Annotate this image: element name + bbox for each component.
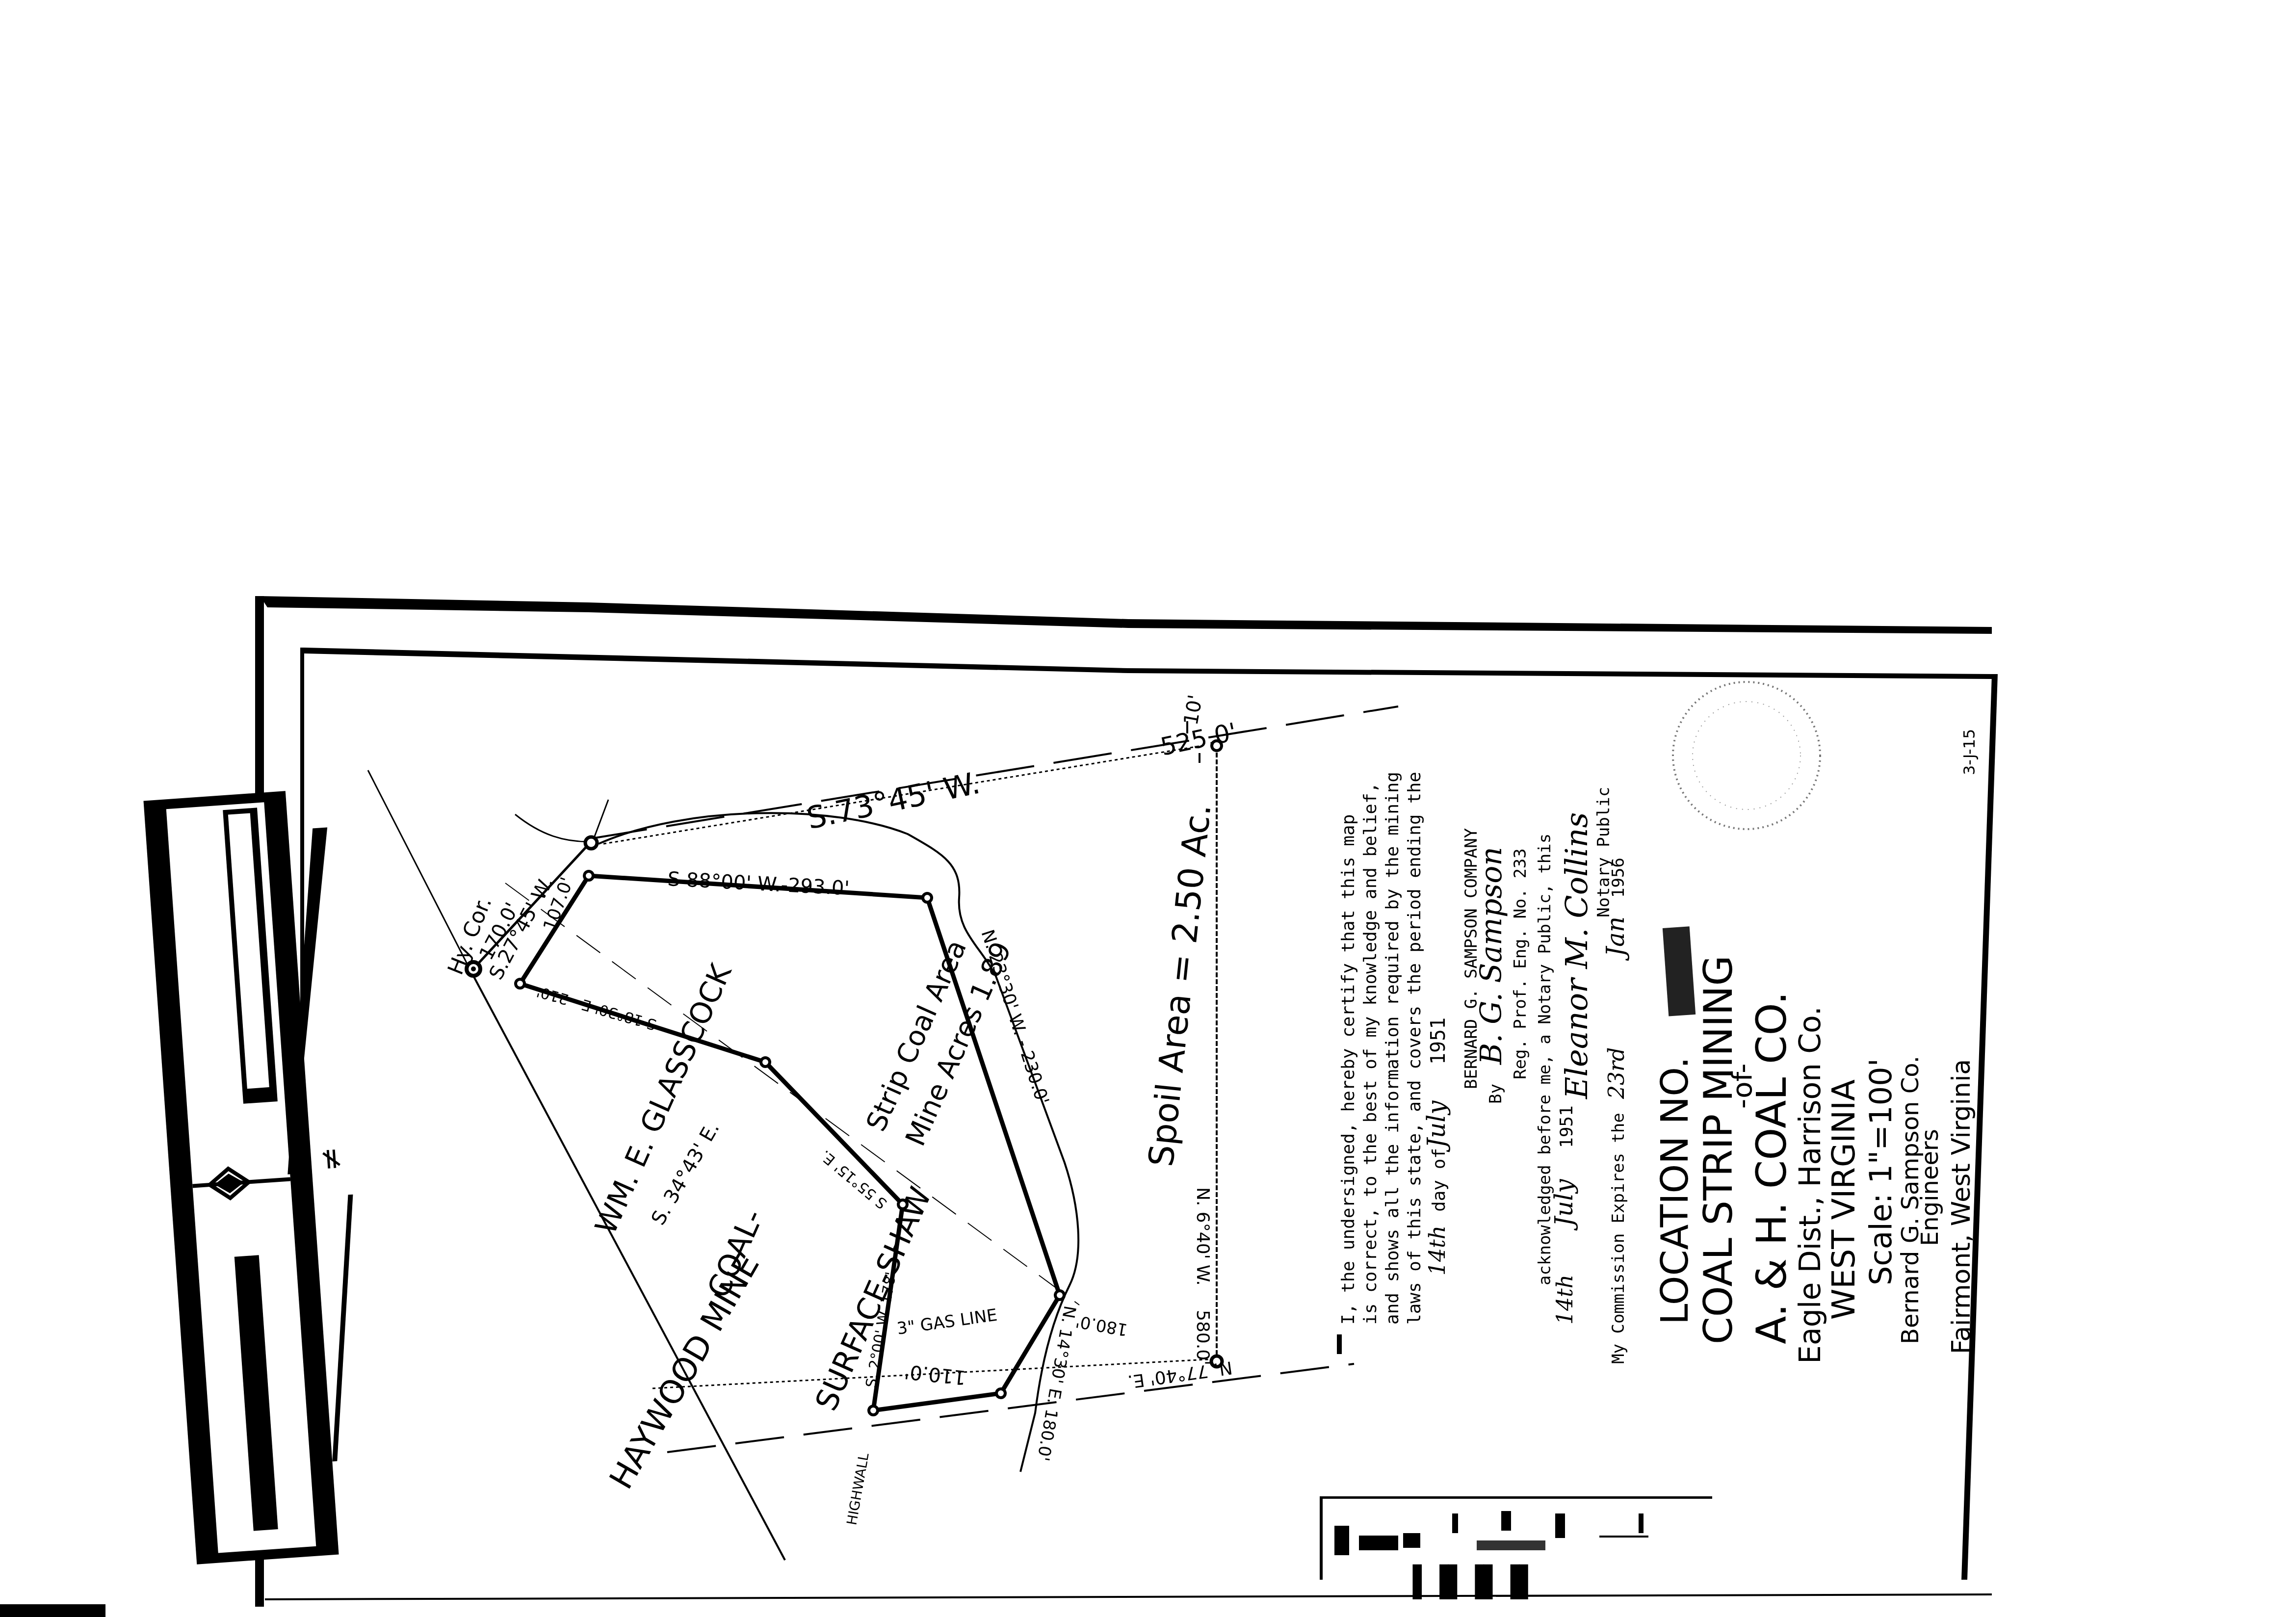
svg-text:is correct, to the best of my: is correct, to the best of my knowledge … (1360, 782, 1381, 1325)
svg-text:and shows all the information: and shows all the information required b… (1383, 772, 1403, 1325)
svg-text:By: By (1486, 1084, 1506, 1104)
svg-text:My Commission Expires the: My Commission Expires the (1609, 1113, 1628, 1364)
svg-text:July: July (1422, 1100, 1451, 1152)
certification-block: I, the undersigned, hereby certify that … (1338, 772, 1630, 1364)
svg-text:S 88°00' W.-293.0': S 88°00' W.-293.0' (667, 868, 850, 900)
svg-text:COAL STRIP MINING: COAL STRIP MINING (1696, 955, 1741, 1344)
svg-text:1956: 1956 (1609, 858, 1628, 898)
svg-text:Spoil Area = 2.50 Ac.: Spoil Area = 2.50 Ac. (1141, 802, 1219, 1169)
svg-text:S 18°30' E - 210': S 18°30' E - 210' (535, 983, 658, 1033)
svg-text:1951: 1951 (1427, 1017, 1450, 1065)
svg-text:Scale: 1"=100': Scale: 1"=100' (1863, 1058, 1899, 1285)
svg-text:14th: 14th (1425, 1226, 1450, 1276)
svg-text:Eagle Dist., Harrison Co.: Eagle Dist., Harrison Co. (1793, 1006, 1827, 1364)
notary-seal (1673, 682, 1820, 829)
binding-block: ≠ (143, 788, 378, 1565)
svg-text:110.0': 110.0' (903, 1360, 967, 1389)
map-labels: S.73°45' W. 525.0' 10' S 88°00' W.-293.0… (443, 693, 1239, 1526)
survey-map: ≠ (0, 0, 2296, 1617)
svg-text:Eleanor M. Collins: Eleanor M. Collins (1559, 812, 1594, 1099)
title-block: LOCATION NO. COAL STRIP MINING -of- A. &… (1653, 729, 1979, 1364)
svg-text:3" GAS LINE: 3" GAS LINE (896, 1305, 999, 1339)
svg-text:23rd: 23rd (1604, 1047, 1629, 1099)
svg-text:180.0': 180.0' (1074, 1311, 1129, 1340)
svg-text:Engineers: Engineers (1916, 1129, 1944, 1246)
svg-text:HAYWOOD MINE: HAYWOOD MINE (602, 1248, 767, 1495)
scale-stamp: ▌▐▌▐▌▐▌ (1320, 1496, 1712, 1599)
svg-text:3-J-15: 3-J-15 (1960, 729, 1979, 775)
svg-text:I, the undersigned, hereby cer: I, the undersigned, hereby certify that … (1338, 814, 1358, 1325)
svg-text:Jan: Jan (1601, 916, 1630, 961)
svg-text:Fairmont, West Virginia: Fairmont, West Virginia (1947, 1059, 1976, 1354)
svg-text:LOCATION NO.: LOCATION NO. (1653, 1057, 1696, 1325)
svg-text:laws of this state, and covers: laws of this state, and covers the perio… (1405, 772, 1425, 1325)
svg-text:HIGHWALL: HIGHWALL (843, 1452, 872, 1526)
svg-text:10': 10' (1180, 693, 1207, 727)
svg-text:WEST VIRGINIA: WEST VIRGINIA (1826, 1079, 1862, 1320)
svg-text:S.73°45' W.: S.73°45' W. (804, 765, 983, 836)
svg-text:580.0': 580.0' (1193, 1310, 1213, 1365)
svg-text:day of: day of (1429, 1148, 1449, 1212)
svg-text:N. 6°40' W.: N. 6°40' W. (1193, 1187, 1213, 1286)
svg-text:COAL-: COAL- (700, 1204, 771, 1304)
svg-text:A. & H. COAL CO.: A. & H. COAL CO. (1748, 991, 1796, 1344)
svg-text:14th: 14th (1553, 1275, 1578, 1325)
svg-text:1951: 1951 (1557, 1105, 1577, 1148)
svg-text:▌▐▌▐▌▐▌: ▌▐▌▐▌▐▌ (1412, 1564, 1537, 1599)
svg-text:July: July (1550, 1179, 1578, 1231)
svg-text:≠: ≠ (313, 1146, 349, 1173)
svg-text:Reg. Prof. Eng. No. 233: Reg. Prof. Eng. No. 233 (1511, 848, 1530, 1079)
svg-text:B. G. Sampson: B. G. Sampson (1474, 847, 1509, 1065)
